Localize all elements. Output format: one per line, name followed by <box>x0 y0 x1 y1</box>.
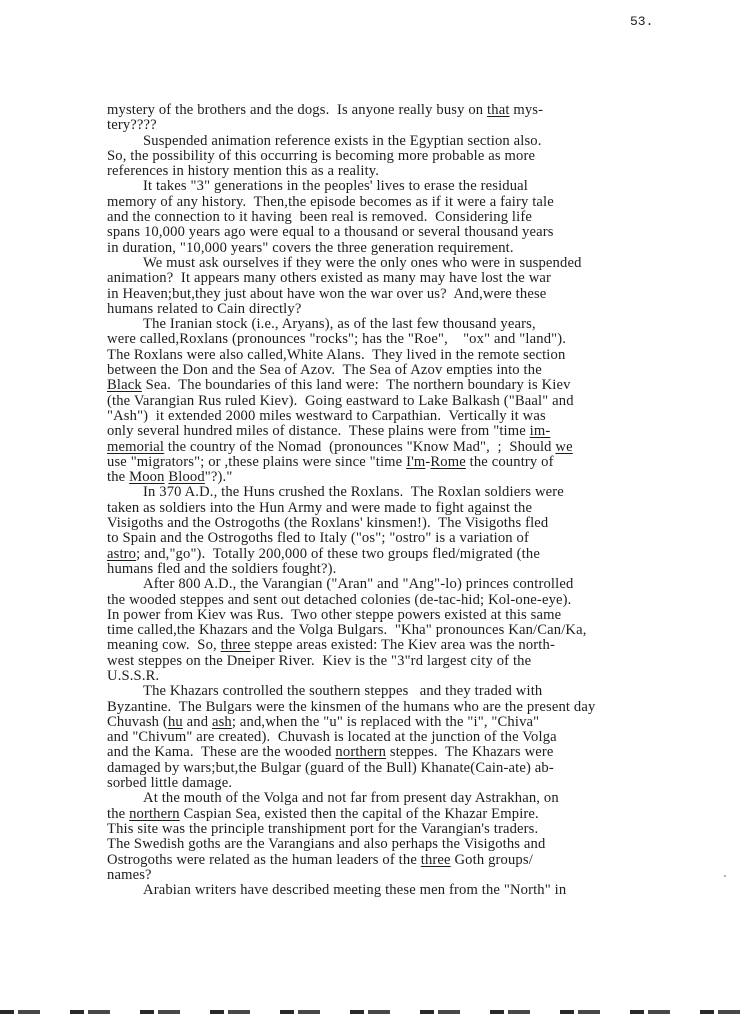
text-run: in duration, "10,000 years" covers the t… <box>107 240 514 256</box>
scan-edge-artifact <box>0 1010 741 1014</box>
text-run: U.S.S.R. <box>107 668 159 684</box>
text-run: After 800 A.D., the Varangian ("Aran" an… <box>143 576 573 592</box>
text-line: and the connection to it having been rea… <box>107 210 707 225</box>
text-line: time called,the Khazars and the Volga Bu… <box>107 623 707 638</box>
text-run: and <box>183 714 212 730</box>
text-line: meaning cow. So, three steppe areas exis… <box>107 638 707 653</box>
text-run: Arabian writers have described meeting t… <box>143 882 566 898</box>
text-line: (the Varangian Rus ruled Kiev). Going ea… <box>107 394 707 409</box>
text-line: humans fled and the soldiers fought?). <box>107 562 707 577</box>
underlined-word: northern <box>129 806 180 822</box>
text-run: It takes "3" generations in the peoples'… <box>143 178 528 194</box>
text-run: So, the possibility of this occurring is… <box>107 148 535 164</box>
text-run: and the Kama. These are the wooded <box>107 744 335 760</box>
text-line: memorial the country of the Nomad (prono… <box>107 440 707 455</box>
text-run: the country of the Nomad (pronounces "Kn… <box>164 439 555 455</box>
document-page: 53. mystery of the brothers and the dogs… <box>0 0 741 1014</box>
text-run: damaged by wars;but,the Bulgar (guard of… <box>107 760 554 776</box>
underlined-word: Rome <box>430 454 465 470</box>
text-run: Chuvash ( <box>107 714 168 730</box>
text-line: damaged by wars;but,the Bulgar (guard of… <box>107 761 707 776</box>
text-run: "Ash") it extended 2000 miles westward t… <box>107 408 546 424</box>
text-line: taken as soldiers into the Hun Army and … <box>107 501 707 516</box>
text-line: U.S.S.R. <box>107 669 707 684</box>
text-line: the Moon Blood"?)." <box>107 470 707 485</box>
text-line: "Ash") it extended 2000 miles westward t… <box>107 409 707 424</box>
text-line: and "Chivum" are created). Chuvash is lo… <box>107 730 707 745</box>
text-line: This site was the principle transhipment… <box>107 822 707 837</box>
text-run: At the mouth of the Volga and not far fr… <box>143 790 559 806</box>
text-run: humans related to Cain directly? <box>107 301 301 317</box>
text-line: and the Kama. These are the wooded north… <box>107 745 707 760</box>
text-run: animation? It appears many others existe… <box>107 270 551 286</box>
text-run: and "Chivum" are created). Chuvash is lo… <box>107 729 557 745</box>
text-run: between the Don and the Sea of Azov. The… <box>107 362 542 378</box>
text-run: memory of any history. Then,the episode … <box>107 194 554 210</box>
text-line: At the mouth of the Volga and not far fr… <box>107 791 707 806</box>
text-line: astro; and,"go"). Totally 200,000 of the… <box>107 547 707 562</box>
underlined-word: that <box>487 102 509 118</box>
text-run: Ostrogoths were related as the human lea… <box>107 852 421 868</box>
body-text: mystery of the brothers and the dogs. Is… <box>107 103 707 898</box>
text-line: After 800 A.D., the Varangian ("Aran" an… <box>107 577 707 592</box>
underlined-word: im- <box>530 423 551 439</box>
underlined-word: hu <box>168 714 183 730</box>
underlined-word: three <box>421 852 451 868</box>
text-run: to Spain and the Ostrogoths fled to Ital… <box>107 530 529 546</box>
text-line: Visigoths and the Ostrogoths (the Roxlan… <box>107 516 707 531</box>
text-line: In power from Kiev was Rus. Two other st… <box>107 608 707 623</box>
text-run: spans 10,000 years ago were equal to a t… <box>107 224 554 240</box>
text-run: Suspended animation reference exists in … <box>143 133 542 149</box>
text-run: The Iranian stock (i.e., Aryans), as of … <box>143 316 536 332</box>
text-line: west steppes on the Dneiper River. Kiev … <box>107 654 707 669</box>
text-run: Visigoths and the Ostrogoths (the Roxlan… <box>107 515 548 531</box>
text-run: only several hundred miles of distance. … <box>107 423 530 439</box>
text-run: In power from Kiev was Rus. Two other st… <box>107 607 561 623</box>
text-line: animation? It appears many others existe… <box>107 271 707 286</box>
text-run: the <box>107 806 129 822</box>
underlined-word: three <box>221 637 251 653</box>
underlined-word: memorial <box>107 439 164 455</box>
text-line: names? <box>107 868 707 883</box>
text-run: The Khazars controlled the southern step… <box>143 683 542 699</box>
text-line: The Roxlans were also called,White Alans… <box>107 348 707 363</box>
text-run: tery???? <box>107 117 157 133</box>
text-line: use "migrators"; or ,these plains were s… <box>107 455 707 470</box>
text-run: Caspian Sea, existed then the capital of… <box>180 806 539 822</box>
page-number: 53. <box>630 14 653 29</box>
text-run: taken as soldiers into the Hun Army and … <box>107 500 532 516</box>
text-run: In 370 A.D., the Huns crushed the Roxlan… <box>143 484 564 500</box>
text-run: were called,Roxlans (pronounces "rocks";… <box>107 331 566 347</box>
text-line: Byzantine. The Bulgars were the kinsmen … <box>107 700 707 715</box>
underlined-word: astro <box>107 546 136 562</box>
text-line: between the Don and the Sea of Azov. The… <box>107 363 707 378</box>
text-line: only several hundred miles of distance. … <box>107 424 707 439</box>
text-run: the country of <box>466 454 554 470</box>
text-line: Black Sea. The boundaries of this land w… <box>107 378 707 393</box>
text-line: mystery of the brothers and the dogs. Is… <box>107 103 707 118</box>
text-line: Suspended animation reference exists in … <box>107 134 707 149</box>
text-run: in Heaven;but,they just about have won t… <box>107 286 546 302</box>
text-line: in Heaven;but,they just about have won t… <box>107 287 707 302</box>
text-run: "?)." <box>205 469 233 485</box>
text-line: humans related to Cain directly? <box>107 302 707 317</box>
text-run: humans fled and the soldiers fought?). <box>107 561 336 577</box>
underlined-word: Black <box>107 377 142 393</box>
text-run: time called,the Khazars and the Volga Bu… <box>107 622 587 638</box>
underlined-word: ash <box>212 714 232 730</box>
scan-speck <box>724 875 726 877</box>
underlined-word: northern <box>335 744 386 760</box>
text-run: Goth groups/ <box>451 852 533 868</box>
text-line: The Swedish goths are the Varangians and… <box>107 837 707 852</box>
text-run: sorbed little damage. <box>107 775 232 791</box>
text-run: steppe areas existed: The Kiev area was … <box>251 637 555 653</box>
text-line: tery???? <box>107 118 707 133</box>
text-run: mys- <box>510 102 544 118</box>
text-line: spans 10,000 years ago were equal to a t… <box>107 225 707 240</box>
text-run: references in history mention this as a … <box>107 163 379 179</box>
text-run: ; and,"go"). Totally 200,000 of these tw… <box>136 546 540 562</box>
text-run: the wooded steppes and sent out detached… <box>107 592 571 608</box>
text-line: It takes "3" generations in the peoples'… <box>107 179 707 194</box>
text-run: Byzantine. The Bulgars were the kinsmen … <box>107 699 595 715</box>
text-run: names? <box>107 867 152 883</box>
text-line: memory of any history. Then,the episode … <box>107 195 707 210</box>
underlined-word: I'm <box>406 454 425 470</box>
text-run: west steppes on the Dneiper River. Kiev … <box>107 653 531 669</box>
underlined-word: Blood <box>168 469 204 485</box>
underlined-word: Moon <box>129 469 164 485</box>
text-line: the northern Caspian Sea, existed then t… <box>107 807 707 822</box>
text-run: We must ask ourselves if they were the o… <box>143 255 582 271</box>
text-line: references in history mention this as a … <box>107 164 707 179</box>
text-run: the <box>107 469 129 485</box>
text-line: to Spain and the Ostrogoths fled to Ital… <box>107 531 707 546</box>
text-line: the wooded steppes and sent out detached… <box>107 593 707 608</box>
text-run: steppes. The Khazars were <box>386 744 554 760</box>
text-run: use "migrators"; or ,these plains were s… <box>107 454 406 470</box>
text-run: (the Varangian Rus ruled Kiev). Going ea… <box>107 393 574 409</box>
text-run: ; and,when the "u" is replaced with the … <box>232 714 539 730</box>
text-run: The Roxlans were also called,White Alans… <box>107 347 565 363</box>
text-line: The Iranian stock (i.e., Aryans), as of … <box>107 317 707 332</box>
text-run: Sea. The boundaries of this land were: T… <box>142 377 571 393</box>
text-line: sorbed little damage. <box>107 776 707 791</box>
text-line: Arabian writers have described meeting t… <box>107 883 707 898</box>
text-line: were called,Roxlans (pronounces "rocks";… <box>107 332 707 347</box>
text-line: The Khazars controlled the southern step… <box>107 684 707 699</box>
text-line: Ostrogoths were related as the human lea… <box>107 853 707 868</box>
text-line: We must ask ourselves if they were the o… <box>107 256 707 271</box>
text-run: meaning cow. So, <box>107 637 221 653</box>
text-run: mystery of the brothers and the dogs. Is… <box>107 102 487 118</box>
text-line: in duration, "10,000 years" covers the t… <box>107 241 707 256</box>
text-line: Chuvash (hu and ash; and,when the "u" is… <box>107 715 707 730</box>
text-run: This site was the principle transhipment… <box>107 821 538 837</box>
text-line: So, the possibility of this occurring is… <box>107 149 707 164</box>
text-run: The Swedish goths are the Varangians and… <box>107 836 545 852</box>
text-run: and the connection to it having been rea… <box>107 209 532 225</box>
text-line: In 370 A.D., the Huns crushed the Roxlan… <box>107 485 707 500</box>
underlined-word: we <box>555 439 572 455</box>
